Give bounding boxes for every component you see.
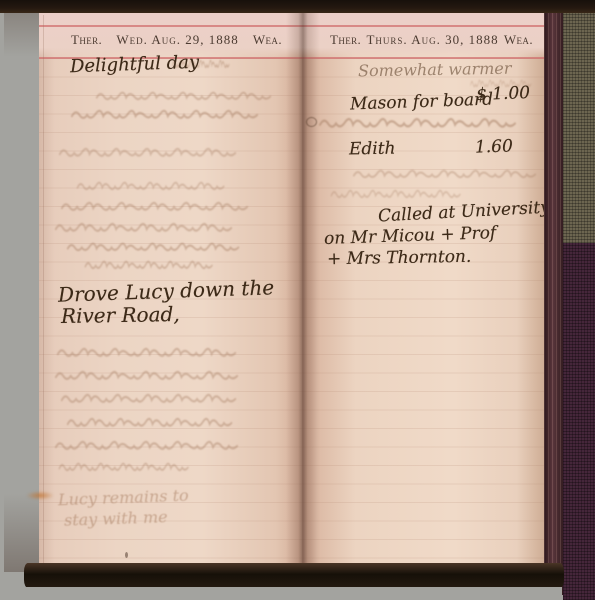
red-rule-top [39, 25, 302, 27]
red-rule-top [302, 25, 546, 27]
faded-writing-line [54, 439, 240, 453]
faded-writing-line [76, 180, 226, 193]
page-header: Ther. Thurs. Aug. 30, 1888 Wea. [302, 32, 546, 48]
book-top-edge [0, 0, 595, 13]
account-item-2: Edith [349, 139, 396, 160]
diary-photograph: Ther. Wed. Aug. 29, 1888 Wea. Ther. Thur… [0, 0, 595, 600]
faded-writing-line [95, 90, 273, 103]
account-amount-1: $ 1.00 [476, 83, 531, 105]
faded-writing-line [70, 108, 260, 122]
book-bottom-edge [24, 563, 564, 588]
faded-writing-line [352, 168, 538, 181]
ther-label: Ther. [71, 32, 102, 48]
faded-writing-line [60, 200, 250, 214]
ther-label: Ther. [330, 32, 361, 48]
book-cover-spine-edge [544, 3, 563, 595]
faded-writing-line [318, 116, 518, 131]
page-header: Ther. Wed. Aug. 29, 1888 Wea. [39, 32, 302, 48]
faded-writing-line [84, 259, 214, 272]
background-strip [0, 587, 562, 600]
handwritten-note-line3: + Mrs Thornton. [327, 247, 472, 270]
ruled-lines [302, 58, 546, 560]
account-amount-2: 1.60 [475, 136, 514, 157]
handwritten-entry-drove-line2: River Road, [61, 302, 180, 328]
faded-writing-line [58, 146, 238, 160]
book-cover [563, 0, 595, 600]
handwritten-entry-weather: Somewhat warmer [358, 59, 512, 81]
ink-speck [125, 552, 128, 558]
faded-writing-line [54, 369, 240, 383]
faded-writing-line [58, 461, 190, 474]
faded-writing-line [66, 241, 241, 254]
wea-label: Wea. [253, 32, 282, 48]
wea-label: Wea. [504, 32, 533, 48]
faded-writing-line [60, 392, 238, 406]
faded-writing-line [66, 416, 234, 430]
ink-stain [26, 491, 54, 500]
faded-writing-line [56, 346, 238, 360]
faded-entry-lucy-line2: stay with me [64, 507, 168, 530]
page-crease [43, 15, 44, 563]
faded-writing-line [330, 188, 462, 201]
date-label: Thurs. Aug. 30, 1888 [366, 32, 498, 48]
book-gutter [286, 13, 320, 566]
book-cover-lower [563, 243, 595, 600]
page-edge-stack [4, 12, 41, 572]
ink-circle-mark [306, 117, 317, 127]
date-label: Wed. Aug. 29, 1888 [116, 32, 238, 48]
faded-writing-line [54, 221, 234, 235]
